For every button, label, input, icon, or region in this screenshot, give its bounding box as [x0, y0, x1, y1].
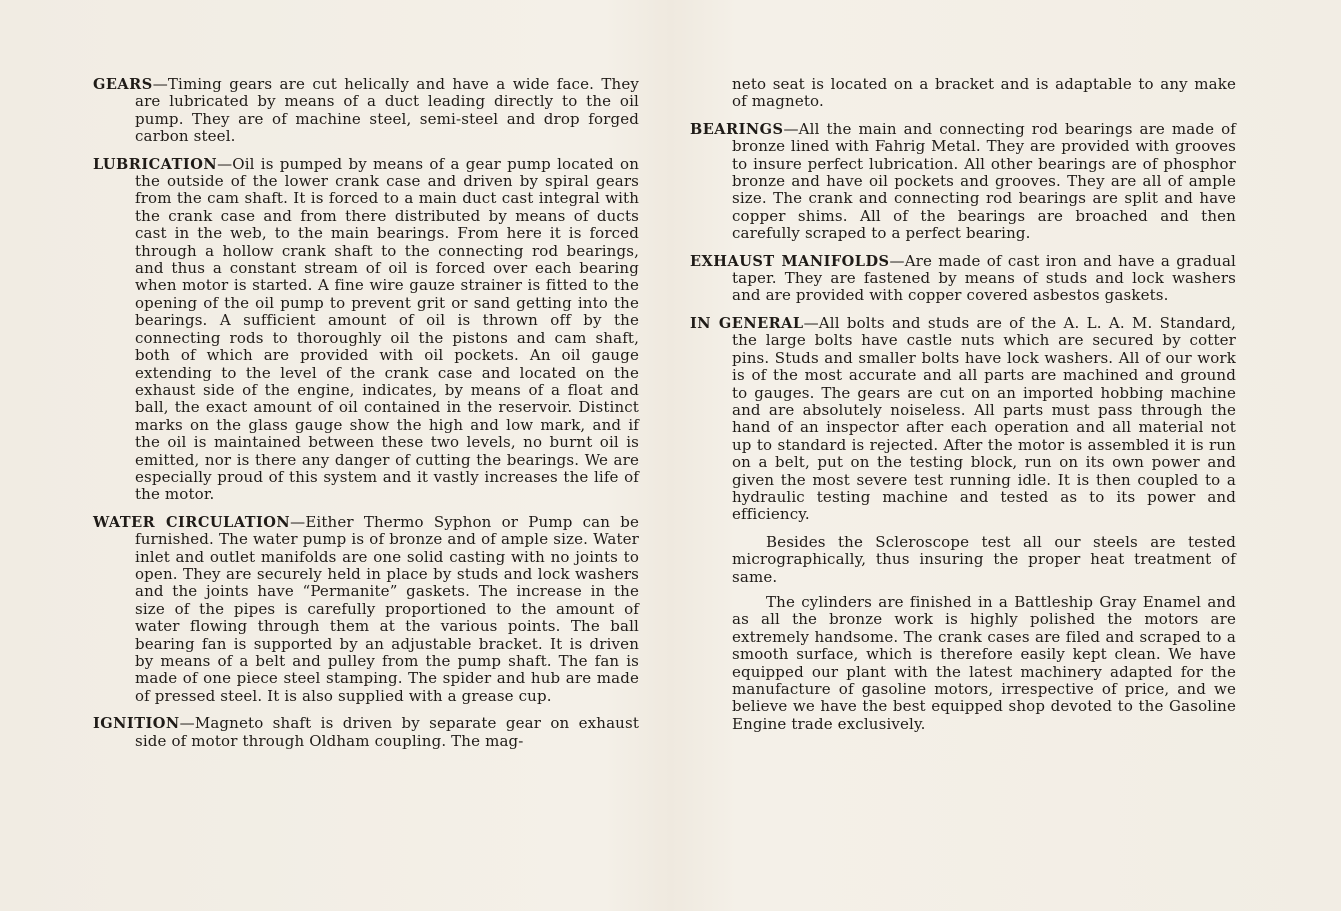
section-heading: WATER CIRCULATION	[93, 514, 290, 531]
em-dash: —	[217, 155, 232, 173]
section-lubrication: LUBRICATION—Oil is pumped by means of a …	[93, 156, 639, 504]
section-heading: IN GENERAL	[690, 315, 804, 332]
paragraph-scleroscope: Besides the Scleroscope test all our ste…	[690, 534, 1236, 586]
em-dash: —	[153, 75, 168, 93]
section-body: All bolts and studs are of the A. L. A. …	[732, 314, 1236, 523]
section-body: Oil is pumped by means of a gear pump lo…	[135, 155, 639, 504]
section-body: Magneto shaft is driven by separate gear…	[135, 714, 639, 749]
section-body: Either Thermo Syphon or Pump can be furn…	[135, 513, 639, 705]
section-heading: EXHAUST MANIFOLDS	[690, 253, 890, 270]
section-gears: GEARS—Timing gears are cut helically and…	[93, 76, 639, 146]
section-body: Timing gears are cut helically and have …	[135, 75, 639, 145]
section-heading: GEARS	[93, 76, 153, 93]
section-ignition: IGNITION—Magneto shaft is driven by sepa…	[93, 715, 639, 750]
section-heading: IGNITION	[93, 715, 180, 732]
section-body: All the main and connecting rod bearings…	[732, 120, 1236, 242]
paragraph-cylinders-finish: The cylinders are finished in a Battlesh…	[690, 594, 1236, 733]
section-exhaust-manifolds: EXHAUST MANIFOLDS—Are made of cast iron …	[690, 253, 1236, 305]
section-water-circulation: WATER CIRCULATION—Either Thermo Syphon o…	[93, 514, 639, 705]
em-dash: —	[804, 314, 819, 332]
em-dash: —	[290, 513, 305, 531]
section-heading: LUBRICATION	[93, 156, 217, 173]
section-bearings: BEARINGS—All the main and connecting rod…	[690, 121, 1236, 243]
em-dash: —	[784, 120, 799, 138]
left-page-column: GEARS—Timing gears are cut helically and…	[93, 76, 639, 760]
em-dash: —	[890, 252, 905, 270]
ignition-continuation: neto seat is located on a bracket and is…	[690, 76, 1236, 111]
section-in-general: IN GENERAL—All bolts and studs are of th…	[690, 315, 1236, 524]
section-heading: BEARINGS	[690, 121, 784, 138]
right-page-column: neto seat is located on a bracket and is…	[690, 76, 1236, 741]
em-dash: —	[180, 714, 195, 732]
